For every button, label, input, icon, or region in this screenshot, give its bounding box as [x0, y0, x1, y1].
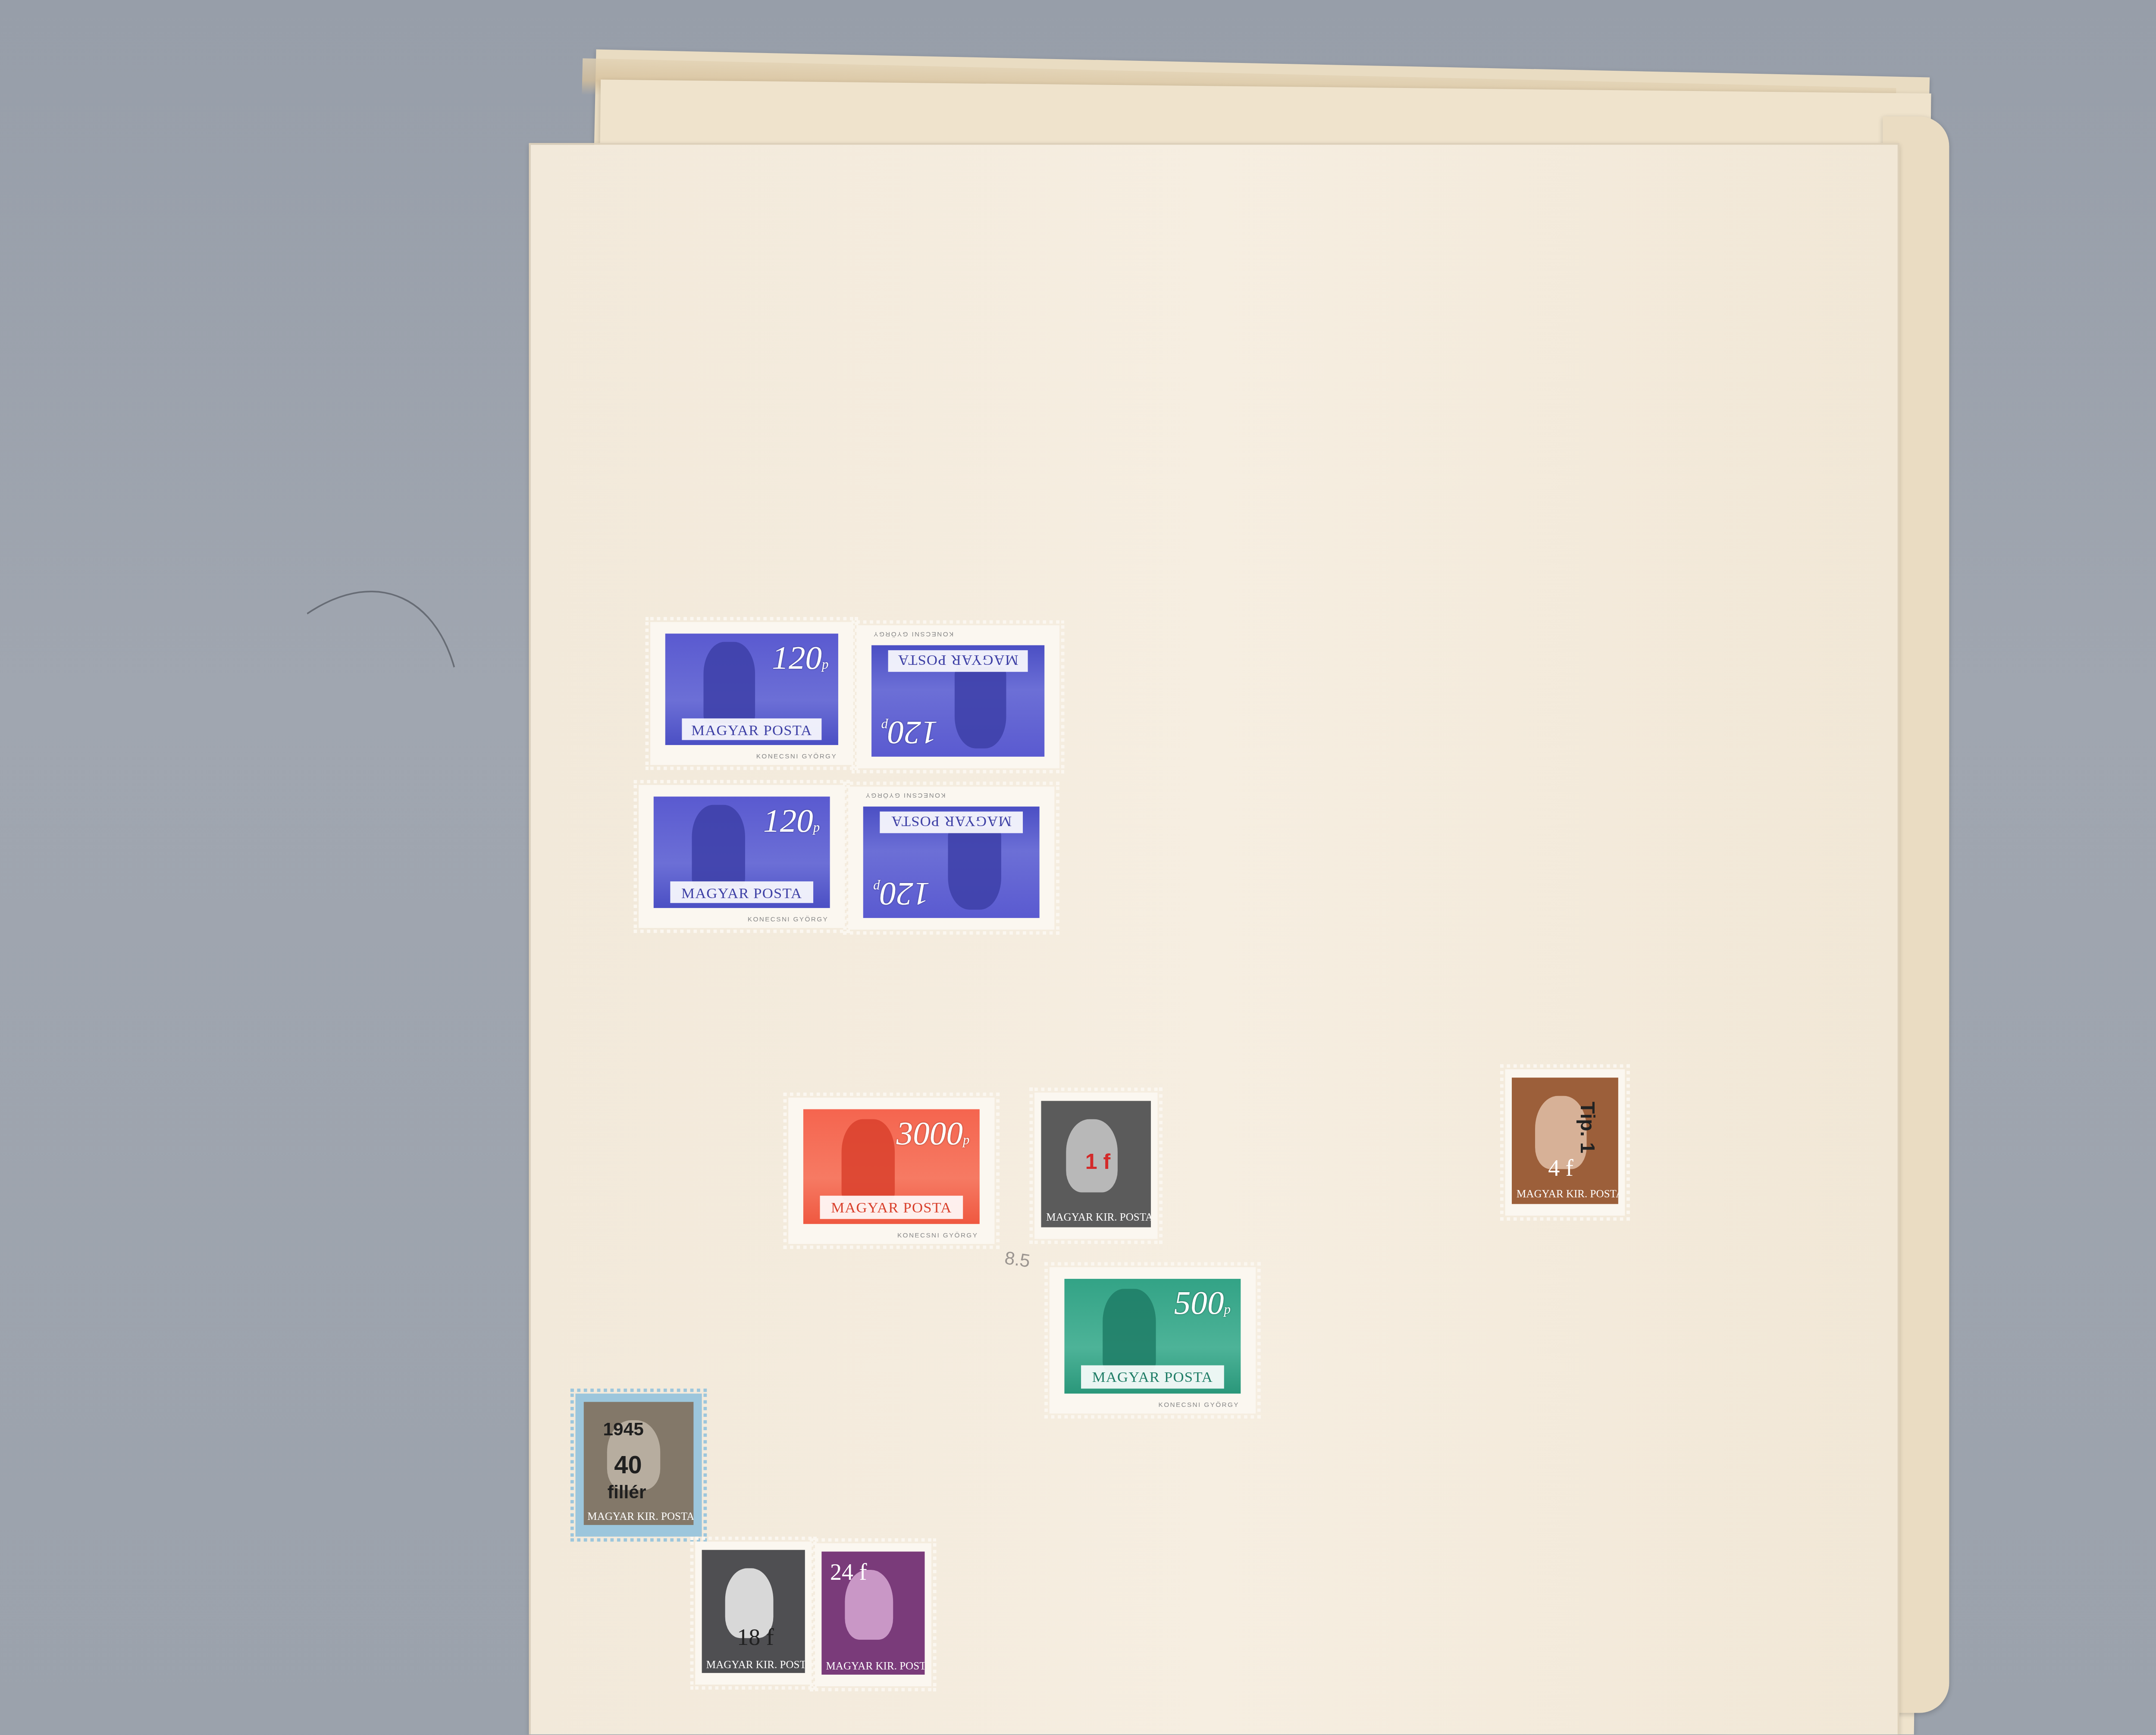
- stray-hair: [129, 552, 516, 1048]
- stamp-120p-blue-inverted: 120p MAGYAR POSTA KONECSNI GYÖRGY: [856, 625, 1059, 768]
- pencil-annotation: 8.5: [1003, 1249, 1031, 1272]
- stamp-120p-blue: 120p MAGYAR POSTA KONECSNI GYÖRGY: [639, 785, 845, 928]
- stamp-120p-blue: 120p MAGYAR POSTA KONECSNI GYÖRGY: [650, 622, 853, 765]
- stamp-arpad-vezer: 1 f MAGYAR KIR. POSTA: [1034, 1093, 1157, 1239]
- stamp-3000p-red: 3000p MAGYAR POSTA KONECSNI GYÖRGY: [788, 1098, 994, 1244]
- stamp-120p-blue-inverted: 120p MAGYAR POSTA KONECSNI GYÖRGY: [848, 786, 1054, 930]
- stamp-1945-filler-overprint: 1945 40 fillér MAGYAR KIR. POSTA: [576, 1394, 702, 1537]
- stamp-500p-green: 500p MAGYAR POSTA KONECSNI GYÖRGY: [1050, 1267, 1256, 1413]
- stamp-patrona-hungariae: 18 f MAGYAR KIR. POSTA: [695, 1541, 812, 1685]
- stamp-hunyadi-janos: 4 f Tip. 1 MAGYAR KIR. POSTA: [1505, 1069, 1625, 1215]
- album-page: [529, 143, 1899, 1735]
- photo-scene: 120p MAGYAR POSTA KONECSNI GYÖRGY 120p M…: [0, 0, 2156, 1735]
- stamp-szent-margit: 24 f MAGYAR KIR. POSTA: [815, 1543, 931, 1686]
